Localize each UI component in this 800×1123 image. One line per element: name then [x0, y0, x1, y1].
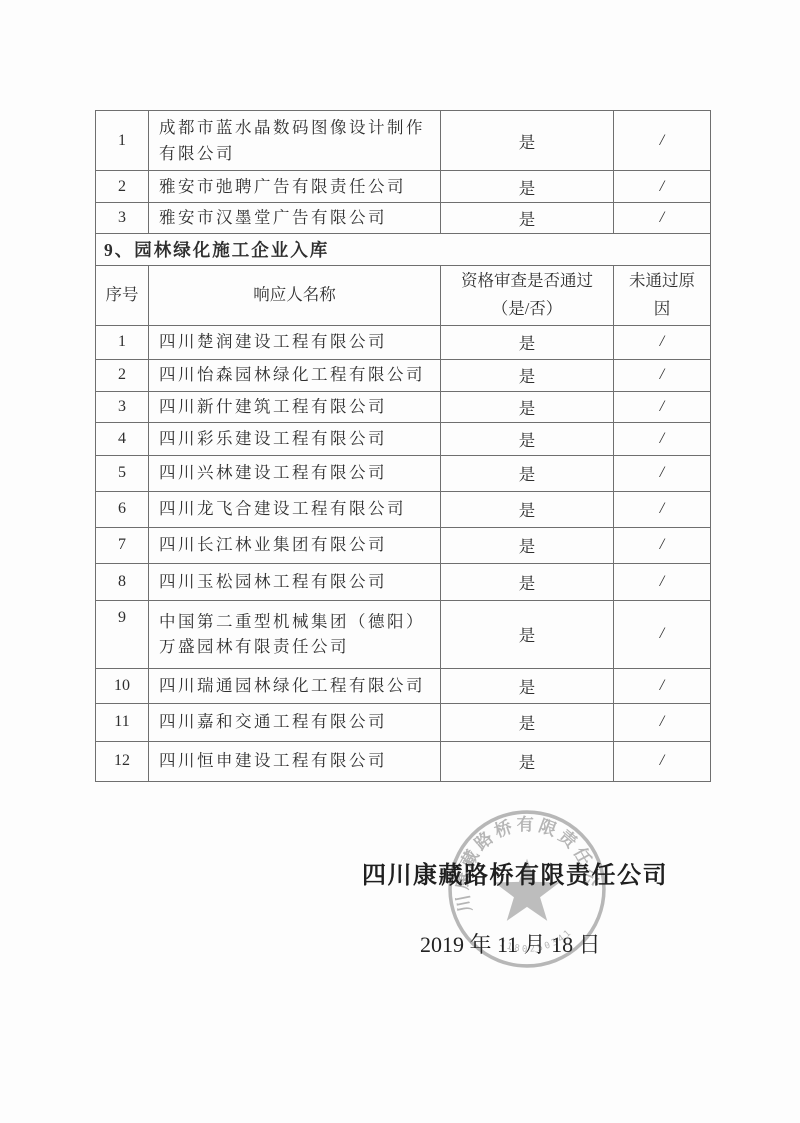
- reason-cell: /: [614, 111, 711, 171]
- table-row: 11 四川嘉和交通工程有限公司 是 /: [96, 703, 711, 741]
- reason-cell: /: [614, 325, 711, 359]
- table-header-row: 序号 响应人名称 资格审查是否通过（是/否） 未通过原因: [96, 265, 711, 325]
- table-row: 6 四川龙飞合建设工程有限公司 是 /: [96, 491, 711, 527]
- pass-cell: 是: [441, 741, 614, 781]
- pass-cell: 是: [441, 359, 614, 391]
- table-row: 2 雅安市弛聘广告有限责任公司 是 /: [96, 171, 711, 203]
- section-title: 9、园林绿化施工企业入库: [96, 233, 711, 265]
- name-cell: 四川兴林建设工程有限公司: [149, 455, 441, 491]
- reason-cell: /: [614, 527, 711, 563]
- signature-company: 四川康藏路桥有限责任公司: [362, 855, 662, 890]
- name-cell: 四川楚润建设工程有限公司: [149, 325, 441, 359]
- reason-cell: /: [614, 600, 711, 668]
- serial-cell: 9: [96, 600, 149, 668]
- table-row: 1 成都市蓝水晶数码图像设计制作有限公司 是 /: [96, 111, 711, 171]
- name-cell: 四川瑞通园林绿化工程有限公司: [149, 668, 441, 703]
- document-page: 1 成都市蓝水晶数码图像设计制作有限公司 是 / 2 雅安市弛聘广告有限责任公司…: [0, 0, 800, 1123]
- reason-cell: /: [614, 359, 711, 391]
- pass-cell: 是: [441, 668, 614, 703]
- reason-cell: /: [614, 668, 711, 703]
- table-row: 4 四川彩乐建设工程有限公司 是 /: [96, 422, 711, 455]
- header-reason: 未通过原因: [614, 265, 711, 325]
- reason-cell: /: [614, 491, 711, 527]
- table-row: 1 四川楚润建设工程有限公司 是 /: [96, 325, 711, 359]
- table-row: 2 四川怡森园林绿化工程有限公司 是 /: [96, 359, 711, 391]
- table-row: 12 四川恒申建设工程有限公司 是 /: [96, 741, 711, 781]
- header-serial: 序号: [96, 265, 149, 325]
- serial-cell: 4: [96, 422, 149, 455]
- reason-cell: /: [614, 171, 711, 203]
- pass-cell: 是: [441, 455, 614, 491]
- reason-cell: /: [614, 203, 711, 234]
- name-cell: 四川长江林业集团有限公司: [149, 527, 441, 563]
- serial-cell: 3: [96, 391, 149, 422]
- table-row: 8 四川玉松园林工程有限公司 是 /: [96, 563, 711, 600]
- pass-cell: 是: [441, 325, 614, 359]
- header-pass: 资格审查是否通过（是/否）: [441, 265, 614, 325]
- name-cell: 成都市蓝水晶数码图像设计制作有限公司: [149, 111, 441, 171]
- serial-cell: 8: [96, 563, 149, 600]
- pass-cell: 是: [441, 422, 614, 455]
- reason-cell: /: [614, 563, 711, 600]
- serial-cell: 6: [96, 491, 149, 527]
- name-cell: 雅安市汉墨堂广告有限公司: [149, 203, 441, 234]
- serial-cell: 3: [96, 203, 149, 234]
- pass-cell: 是: [441, 111, 614, 171]
- table-row: 3 四川新什建筑工程有限公司 是 /: [96, 391, 711, 422]
- table-row: 3 雅安市汉墨堂广告有限公司 是 /: [96, 203, 711, 234]
- section-title-row: 9、园林绿化施工企业入库: [96, 233, 711, 265]
- name-cell: 雅安市弛聘广告有限责任公司: [149, 171, 441, 203]
- serial-cell: 12: [96, 741, 149, 781]
- pass-cell: 是: [441, 203, 614, 234]
- serial-cell: 11: [96, 703, 149, 741]
- pass-cell: 是: [441, 491, 614, 527]
- table-row: 5 四川兴林建设工程有限公司 是 /: [96, 455, 711, 491]
- serial-cell: 7: [96, 527, 149, 563]
- reason-cell: /: [614, 391, 711, 422]
- name-cell: 四川怡森园林绿化工程有限公司: [149, 359, 441, 391]
- serial-cell: 1: [96, 325, 149, 359]
- reason-cell: /: [614, 422, 711, 455]
- name-cell: 四川玉松园林工程有限公司: [149, 563, 441, 600]
- name-cell: 中国第二重型机械集团（德阳）万盛园林有限责任公司: [149, 600, 441, 668]
- name-cell: 四川恒申建设工程有限公司: [149, 741, 441, 781]
- name-cell: 四川龙飞合建设工程有限公司: [149, 491, 441, 527]
- name-cell: 四川新什建筑工程有限公司: [149, 391, 441, 422]
- table-row: 9 中国第二重型机械集团（德阳）万盛园林有限责任公司 是 /: [96, 600, 711, 668]
- header-name: 响应人名称: [149, 265, 441, 325]
- pass-cell: 是: [441, 171, 614, 203]
- qualification-table: 1 成都市蓝水晶数码图像设计制作有限公司 是 / 2 雅安市弛聘广告有限责任公司…: [95, 110, 711, 782]
- serial-cell: 1: [96, 111, 149, 171]
- pass-cell: 是: [441, 600, 614, 668]
- name-cell: 四川彩乐建设工程有限公司: [149, 422, 441, 455]
- name-cell: 四川嘉和交通工程有限公司: [149, 703, 441, 741]
- pass-cell: 是: [441, 563, 614, 600]
- table-row: 7 四川长江林业集团有限公司 是 /: [96, 527, 711, 563]
- serial-cell: 10: [96, 668, 149, 703]
- pass-cell: 是: [441, 527, 614, 563]
- pass-cell: 是: [441, 391, 614, 422]
- reason-cell: /: [614, 455, 711, 491]
- reason-cell: /: [614, 741, 711, 781]
- table-row: 10 四川瑞通园林绿化工程有限公司 是 /: [96, 668, 711, 703]
- serial-cell: 2: [96, 359, 149, 391]
- reason-cell: /: [614, 703, 711, 741]
- pass-cell: 是: [441, 703, 614, 741]
- serial-cell: 5: [96, 455, 149, 491]
- signature-date: 2019 年 11 月 18 日: [420, 928, 601, 959]
- serial-cell: 2: [96, 171, 149, 203]
